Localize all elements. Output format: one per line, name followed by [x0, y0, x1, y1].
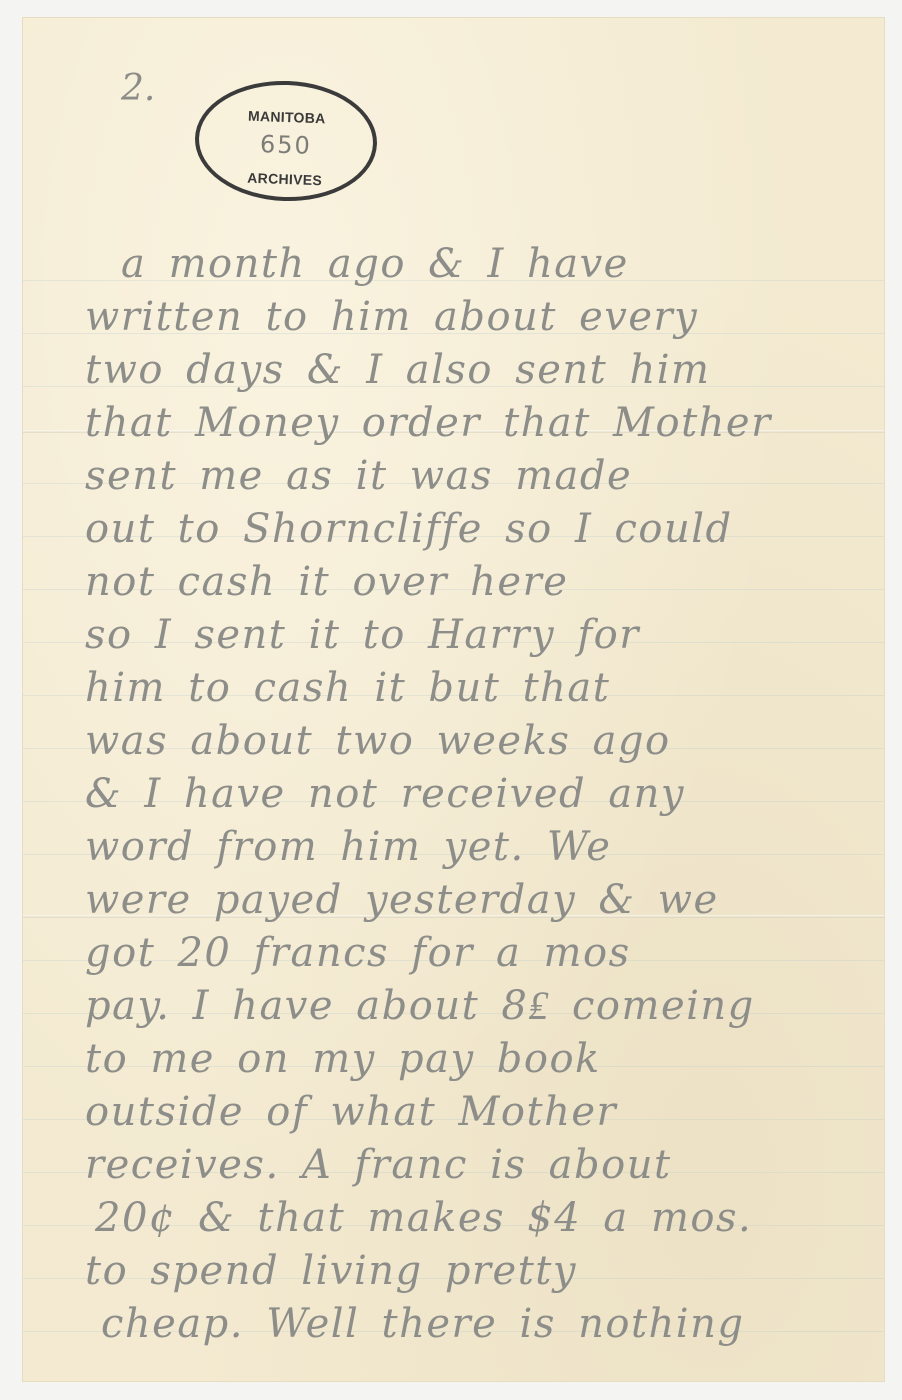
letter-line: & I have not received any — [85, 770, 864, 818]
stamp-bottom-text: ARCHIVES — [197, 168, 371, 190]
letter-line: word from him yet. We — [85, 823, 864, 871]
archives-stamp: MANITOBA 650 ARCHIVES — [193, 78, 379, 204]
letter-line: to me on my pay book — [85, 1035, 864, 1083]
letter-line: that Money order that Mother — [85, 399, 864, 447]
stamp-top-text: MANITOBA — [200, 106, 374, 128]
letter-page: 2. MANITOBA 650 ARCHIVES a month ago & I… — [23, 18, 884, 1381]
letter-line: so I sent it to Harry for — [85, 611, 864, 659]
letter-line: out to Shorncliffe so I could — [85, 505, 864, 553]
letter-line: was about two weeks ago — [85, 717, 864, 765]
letter-line: outside of what Mother — [85, 1088, 864, 1136]
letter-line: written to him about every — [85, 293, 864, 341]
letter-line: got 20 francs for a mos — [85, 929, 864, 977]
letter-line: sent me as it was made — [85, 452, 864, 500]
letter-line: 20¢ & that makes $4 a mos. — [95, 1194, 864, 1242]
letter-line: were payed yesterday & we — [85, 876, 864, 924]
letter-line: to spend living pretty — [85, 1247, 864, 1295]
letter-line: pay. I have about 8₤ comeing — [85, 982, 864, 1030]
letter-line: two days & I also sent him — [85, 346, 864, 394]
letter-line: receives. A franc is about — [85, 1141, 864, 1189]
letter-line: cheap. Well there is nothing — [101, 1300, 864, 1348]
letter-line: a month ago & I have — [121, 240, 864, 288]
letter-line: him to cash it but that — [85, 664, 864, 712]
letter-line: not cash it over here — [85, 558, 864, 606]
page-number: 2. — [121, 68, 155, 109]
stamp-number: 650 — [198, 128, 373, 162]
